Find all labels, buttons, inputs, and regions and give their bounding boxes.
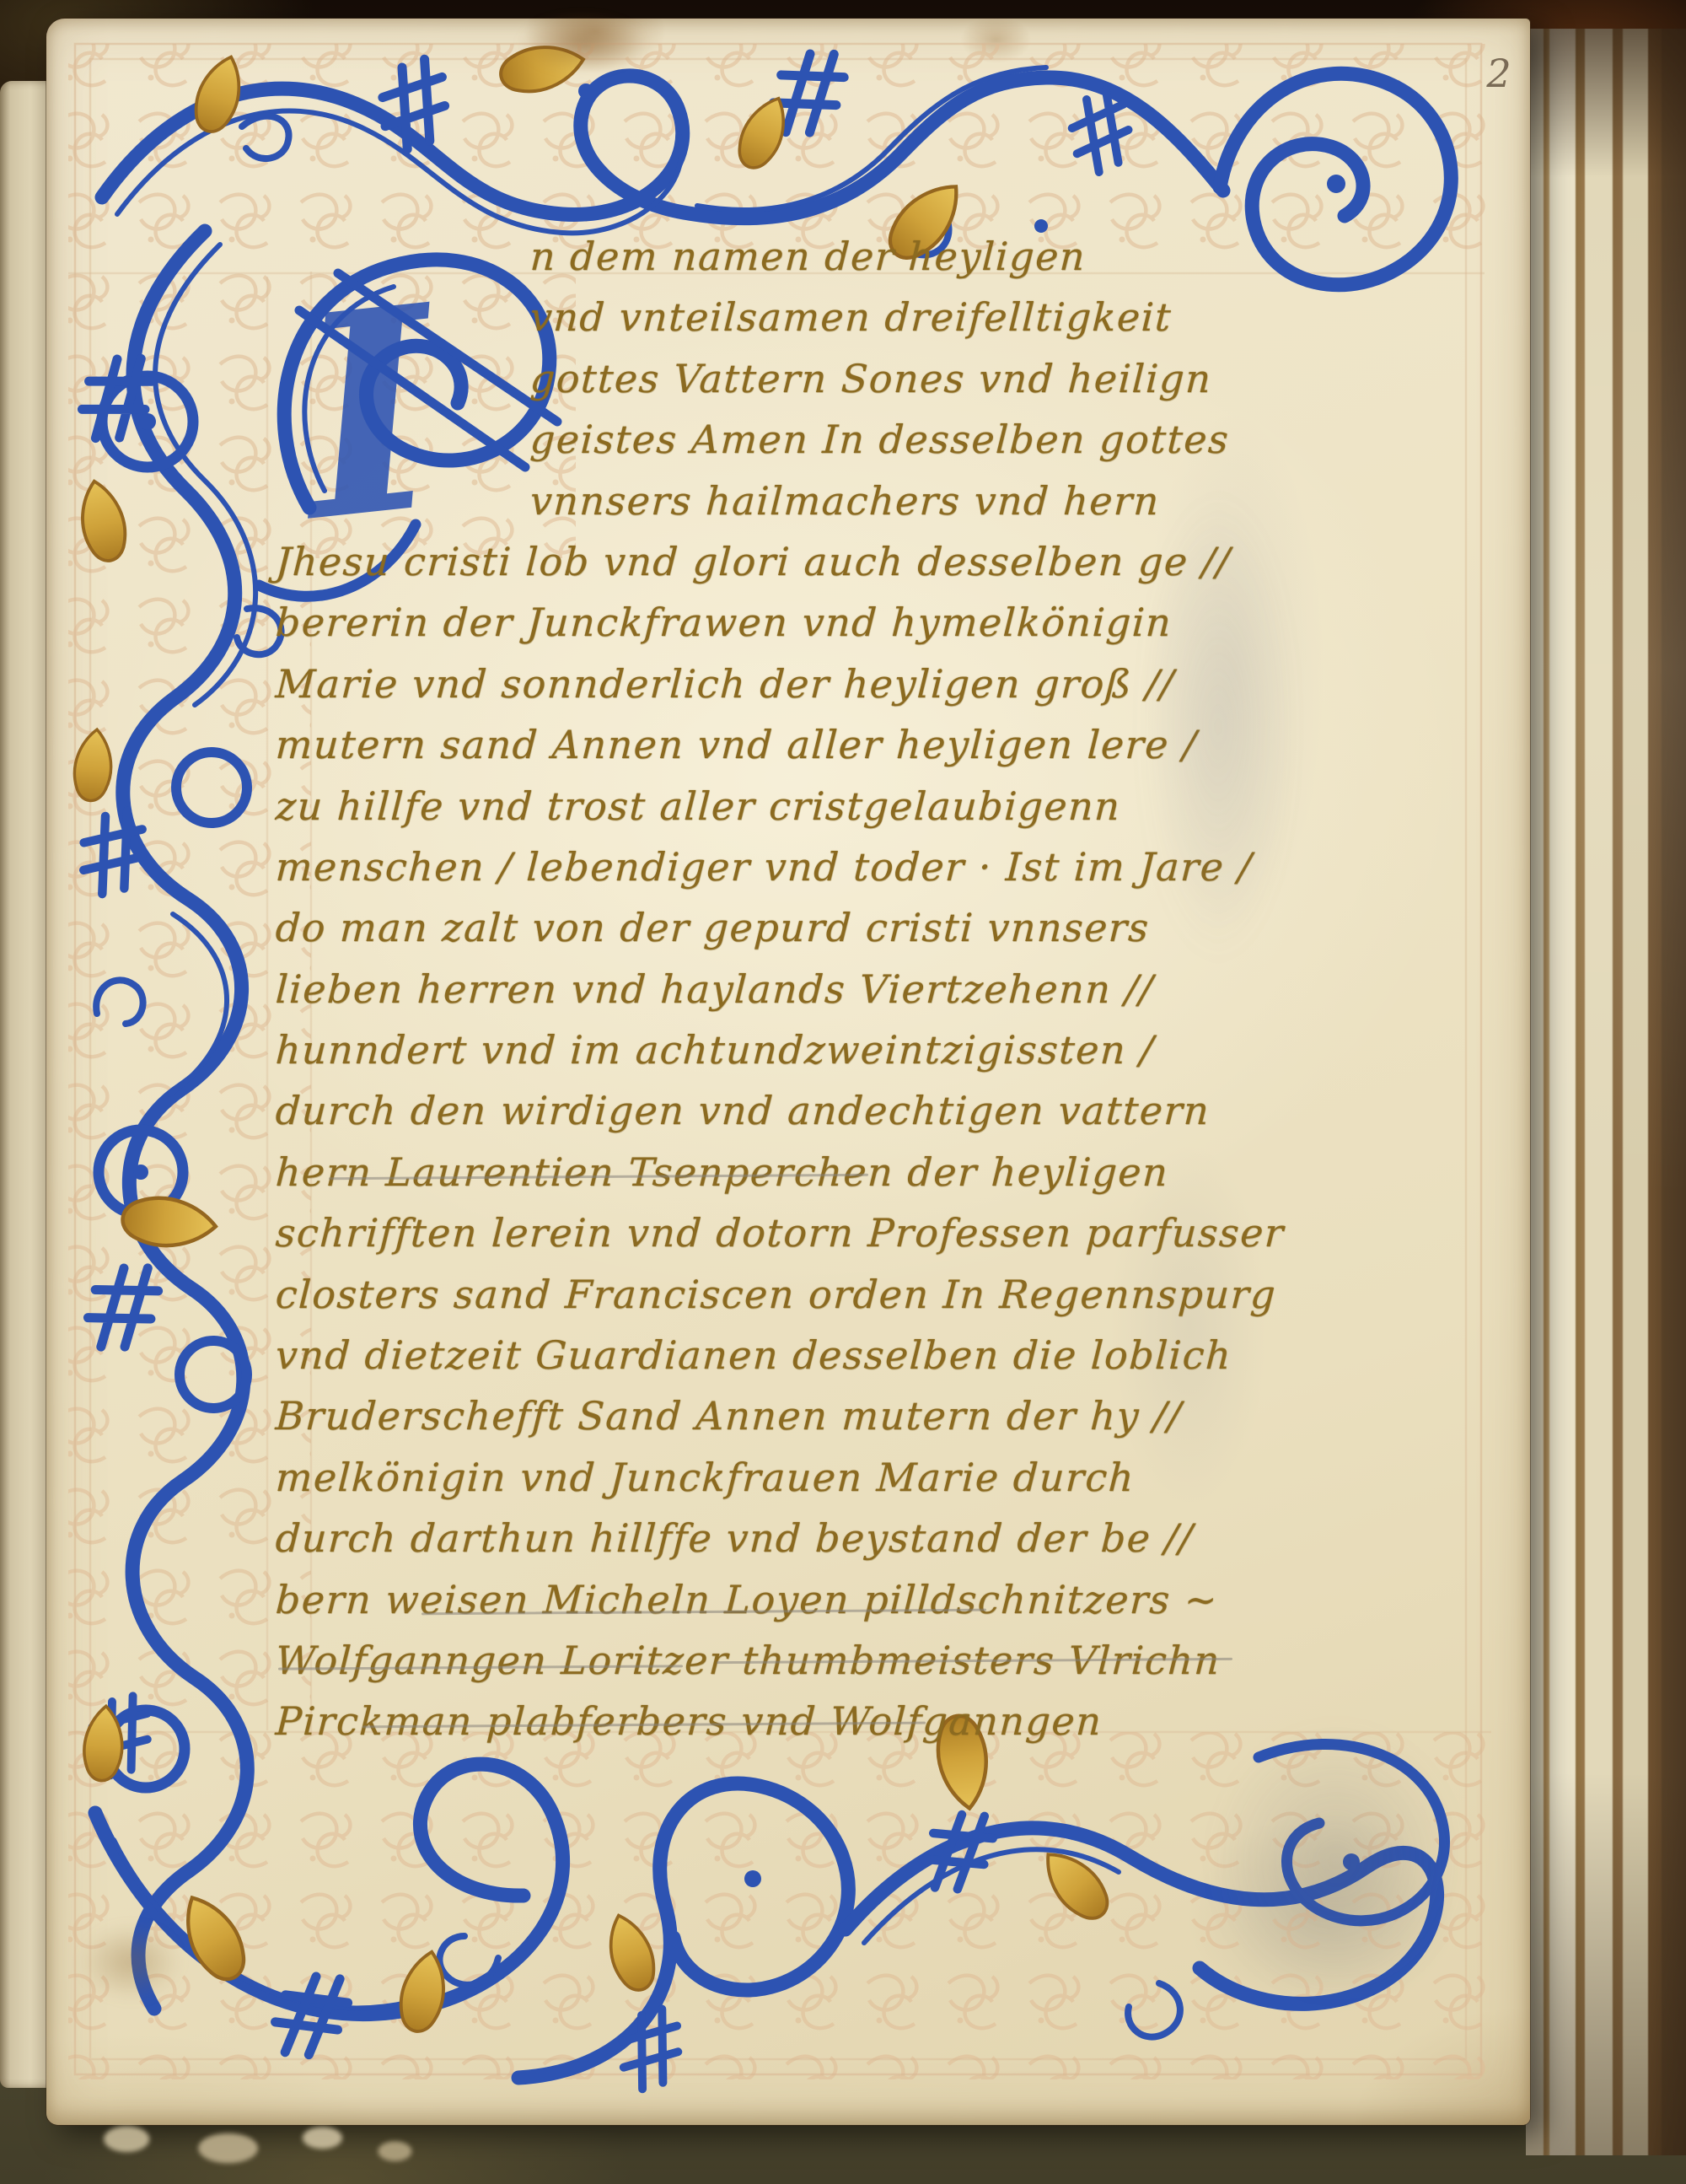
folio-number: 2	[1469, 51, 1528, 101]
book-page-edges-right	[1526, 29, 1686, 2155]
manuscript-photo: I	[0, 0, 1686, 2184]
manuscript-line: closters sand Franciscen orden In Regenn…	[274, 1264, 1336, 1325]
manuscript-line: lieben herren vnd haylands Viertzehenn /…	[274, 959, 1336, 1019]
manuscript-line: vnd vnteilsamen dreifelltigkeit	[274, 287, 1336, 347]
manuscript-line: vnnsers hailmachers vnd hern	[274, 471, 1336, 531]
manuscript-line: Bruderschefft Sand Annen mutern der hy /…	[274, 1385, 1336, 1446]
manuscript-line: do man zalt von der gepurd cristi vnnser…	[274, 897, 1336, 958]
manuscript-line: Jhesu cristi lob vnd glori auch desselbe…	[274, 531, 1336, 592]
manuscript-line: gottes Vattern Sones vnd heilign	[274, 348, 1336, 409]
manuscript-line: durch den wirdigen vnd andechtigen vatte…	[274, 1080, 1336, 1141]
manuscript-line: vnd dietzeit Guardianen desselben die lo…	[274, 1325, 1336, 1385]
manuscript-line: hern Laurentien Tsenperchen der heyligen	[274, 1142, 1336, 1202]
manuscript-line: melkönigin vnd Junckfrauen Marie durch	[274, 1447, 1336, 1508]
manuscript-line: schrifften lerein vnd dotorn Professen p…	[274, 1202, 1336, 1263]
text-block: n dem namen der heyligen vnd vnteilsamen…	[276, 226, 1334, 1752]
manuscript-line: Pirckman plabferbers vnd Wolfganngen	[274, 1691, 1336, 1751]
parchment-fray	[76, 2115, 438, 2176]
manuscript-line: hunndert vnd im achtundzweintzigissten /	[274, 1019, 1336, 1080]
manuscript-line: zu hillfe vnd trost aller cristgelaubige…	[274, 776, 1336, 836]
manuscript-line: geistes Amen In desselben gottes	[274, 409, 1336, 470]
manuscript-line: bern weisen Micheln Loyen pilldschnitzer…	[274, 1569, 1336, 1630]
manuscript-line: bererin der Junckfrawen vnd hymelkönigin	[274, 592, 1336, 653]
manuscript-page: I	[46, 19, 1530, 2125]
manuscript-line: n dem namen der heyligen	[274, 226, 1336, 287]
manuscript-line: menschen / lebendiger vnd toder · Ist im…	[274, 836, 1336, 897]
manuscript-line: durch darthun hillffe vnd beystand der b…	[274, 1508, 1336, 1568]
manuscript-line: Marie vnd sonnderlich der heyligen groß …	[274, 654, 1336, 714]
manuscript-line: mutern sand Annen vnd aller heyligen ler…	[274, 714, 1336, 775]
